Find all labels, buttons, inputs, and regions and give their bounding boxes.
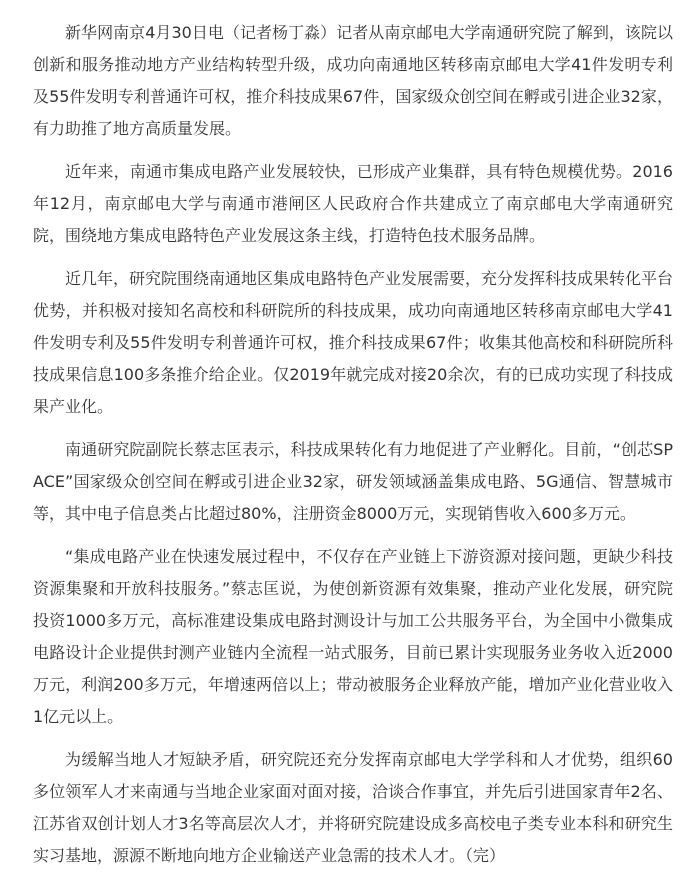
article-paragraph-talent: 为缓解当地人才短缺矛盾，研究院还充分发挥南京邮电大学学科和人才优势，组织60多位… — [33, 744, 673, 872]
article-paragraph-tech-transfer: 近几年，研究院围绕南通地区集成电路特色产业发展需要，充分发挥科技成果转化平台优势… — [33, 263, 673, 423]
article-paragraph-background: 近年来，南通市集成电路产业发展较快，已形成产业集群，具有特色规模优势。2016年… — [33, 156, 673, 252]
article-paragraph-lead: 新华网南京4月30日电（记者杨丁淼）记者从南京邮电大学南通研究院了解到，该院以创… — [33, 17, 673, 145]
article-paragraph-incubation: 南通研究院副院长蔡志匡表示，科技成果转化有力地促进了产业孵化。目前，“创芯SPA… — [33, 434, 673, 530]
article-paragraph-quote: “集成电路产业在快速发展过程中，不仅存在产业链上下游资源对接问题，更缺少科技资源… — [33, 541, 673, 733]
news-article-body: 新华网南京4月30日电（记者杨丁淼）记者从南京邮电大学南通研究院了解到，该院以创… — [33, 17, 673, 872]
